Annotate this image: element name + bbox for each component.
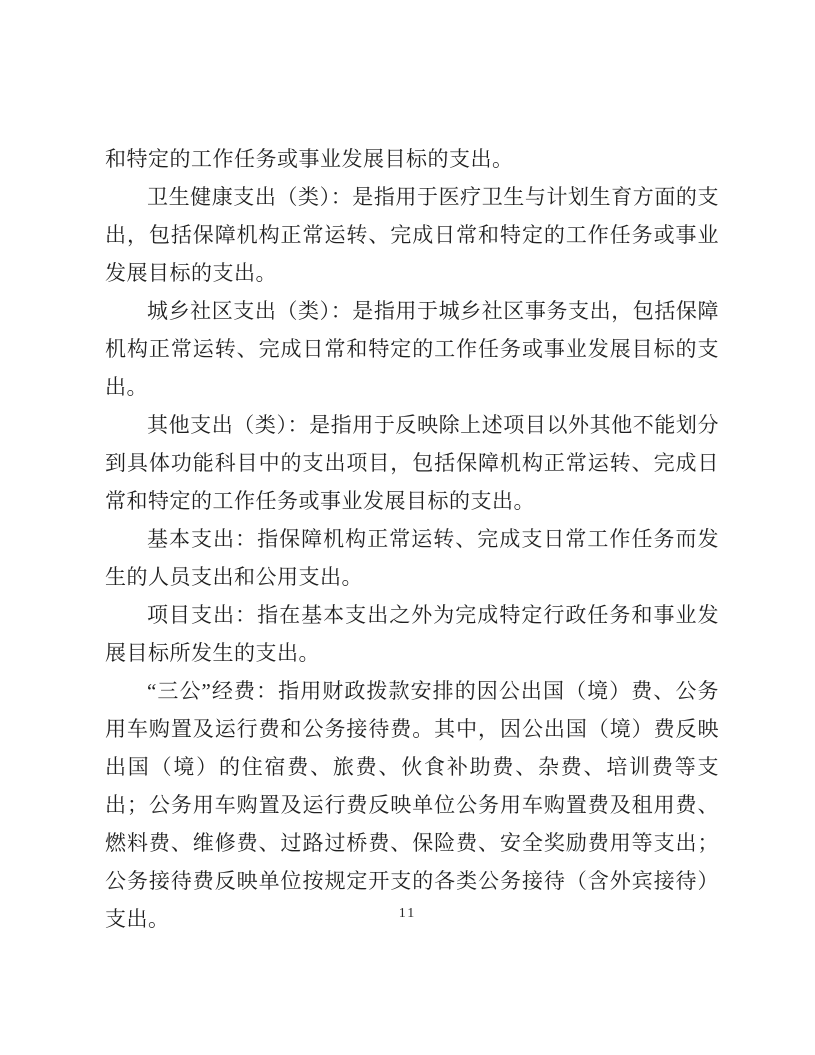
paragraph-basic-expenditure: 基本支出：指保障机构正常运转、完成支日常工作任务而发生的人员支出和公用支出。 bbox=[105, 520, 719, 596]
document-body: 和特定的工作任务或事业发展目标的支出。 卫生健康支出（类）：是指用于医疗卫生与计… bbox=[105, 140, 719, 938]
paragraph-other-expenditure: 其他支出（类）：是指用于反映除上述项目以外其他不能划分到具体功能科目中的支出项目… bbox=[105, 406, 719, 520]
paragraph-continuation: 和特定的工作任务或事业发展目标的支出。 bbox=[105, 140, 719, 178]
paragraph-health-expenditure: 卫生健康支出（类）：是指用于医疗卫生与计划生育方面的支出，包括保障机构正常运转、… bbox=[105, 178, 719, 292]
paragraph-urban-rural-community-expenditure: 城乡社区支出（类）：是指用于城乡社区事务支出，包括保障机构正常运转、完成日常和特… bbox=[105, 292, 719, 406]
document-page: 和特定的工作任务或事业发展目标的支出。 卫生健康支出（类）：是指用于医疗卫生与计… bbox=[0, 0, 815, 1055]
paragraph-three-public-funds: “三公”经费：指用财政拨款安排的因公出国（境）费、公务用车购置及运行费和公务接待… bbox=[105, 672, 719, 938]
paragraph-project-expenditure: 项目支出：指在基本支出之外为完成特定行政任务和事业发展目标所发生的支出。 bbox=[105, 596, 719, 672]
page-number: 11 bbox=[0, 906, 815, 922]
